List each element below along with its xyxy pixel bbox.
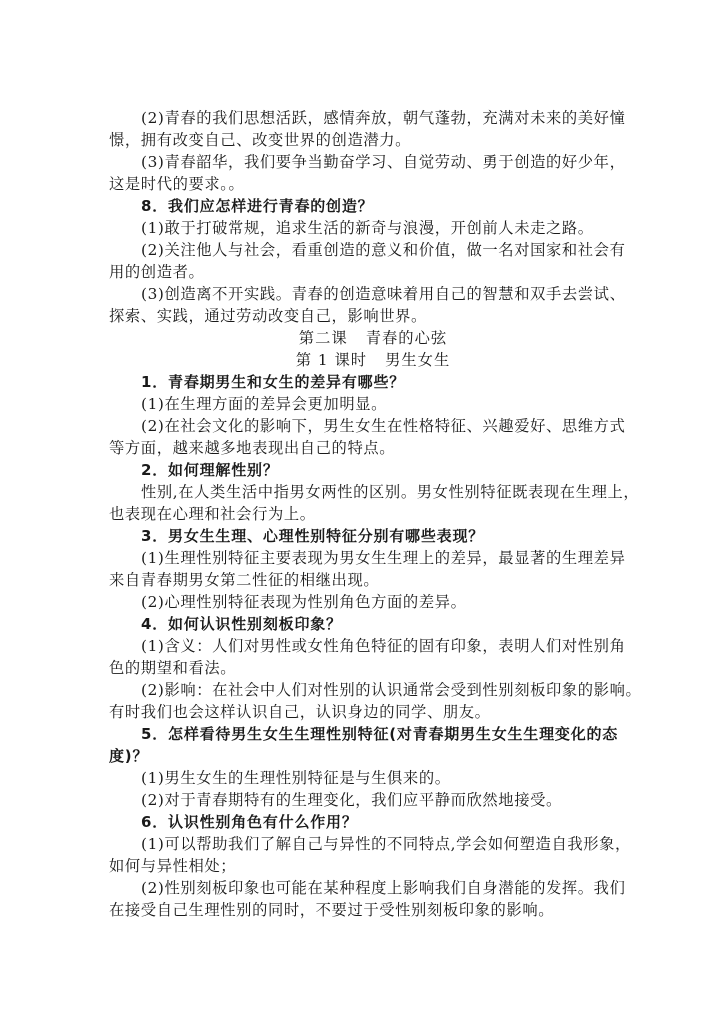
paragraph-continuation: 色的期望和看法。 xyxy=(109,657,615,679)
paragraph-continuation: 等方面，越来越多地表现出自己的特点。 xyxy=(109,437,615,459)
lesson-name: 青春的心弦 xyxy=(366,329,448,347)
paragraph-line: (3)创造离不开实践。青春的创造意味着用自己的智慧和双手去尝试、 xyxy=(109,283,615,305)
paragraph-continuation: 憬，拥有改变自己、改变世界的创造潜力。 xyxy=(109,129,615,151)
paragraph-line: (2)性别刻板印象也可能在某种程度上影响我们自身潜能的发挥。我们 xyxy=(109,877,615,899)
paragraph-line: (2)心理性别特征表现为性别角色方面的差异。 xyxy=(109,591,615,613)
paragraph-continuation: 有时我们也会这样认识自己，认识身边的同学、朋友。 xyxy=(109,701,615,723)
question-heading: 6．认识性别角色有什么作用？ xyxy=(109,811,615,833)
paragraph-continuation: 在接受自己生理性别的同时，不要过于受性别刻板印象的影响。 xyxy=(109,899,615,921)
class-period-title: 第 1 课时男生女生 xyxy=(109,349,615,371)
paragraph-continuation: 这是时代的要求。。 xyxy=(109,173,615,195)
paragraph-line: (1)在生理方面的差异会更加明显。 xyxy=(109,393,615,415)
paragraph-line: 性别,在人类生活中指男女两性的区别。男女性别特征既表现在生理上， xyxy=(109,481,615,503)
paragraph-line: (1)男生女生的生理性别特征是与生俱来的。 xyxy=(109,767,615,789)
paragraph-line: (2)影响：在社会中人们对性别的认识通常会受到性别刻板印象的影响。 xyxy=(109,679,615,701)
question-heading: 4．如何认识性别刻板印象？ xyxy=(109,613,615,635)
paragraph-line: (2)对于青春期特有的生理变化，我们应平静而欣然地接受。 xyxy=(109,789,615,811)
paragraph-line: (1)含义：人们对男性或女性角色特征的固有印象，表明人们对性别角 xyxy=(109,635,615,657)
paragraph-continuation: 如何与异性相处； xyxy=(109,855,615,877)
paragraph-continuation: 探索、实践，通过劳动改变自己，影响世界。 xyxy=(109,305,615,327)
question-heading: 2．如何理解性别？ xyxy=(109,459,615,481)
paragraph-line: (3)青春韶华，我们要争当勤奋学习、自觉劳动、勇于创造的好少年， xyxy=(109,151,615,173)
question-heading-continuation: 度)？ xyxy=(109,745,615,767)
paragraph-continuation: 也表现在心理和社会行为上。 xyxy=(109,503,615,525)
paragraph-continuation: 来自青春期男女第二性征的相继出现。 xyxy=(109,569,615,591)
paragraph-line: (2)青春的我们思想活跃，感情奔放，朝气蓬勃，充满对未来的美好憧 xyxy=(109,107,615,129)
question-heading: 3．男女生生理、心理性别特征分别有哪些表现？ xyxy=(109,525,615,547)
paragraph-line: (1)生理性别特征主要表现为男女生生理上的差异，最显著的生理差异 xyxy=(109,547,615,569)
question-heading: 1．青春期男生和女生的差异有哪些？ xyxy=(109,371,615,393)
period-name: 男生女生 xyxy=(385,351,450,369)
paragraph-line: (2)关注他人与社会，看重创造的意义和价值，做一名对国家和社会有 xyxy=(109,239,615,261)
period-number: 第 1 课时 xyxy=(296,351,367,369)
question-heading: 8．我们应怎样进行青春的创造？ xyxy=(109,195,615,217)
paragraph-line: (2)在社会文化的影响下，男生女生在性格特征、兴趣爱好、思维方式 xyxy=(109,415,615,437)
paragraph-continuation: 用的创造者。 xyxy=(109,261,615,283)
paragraph-line: (1)敢于打破常规，追求生活的新奇与浪漫，开创前人未走之路。 xyxy=(109,217,615,239)
document-page: (2)青春的我们思想活跃，感情奔放，朝气蓬勃，充满对未来的美好憧 憬，拥有改变自… xyxy=(109,107,615,921)
lesson-number: 第二课 xyxy=(299,329,348,347)
paragraph-line: (1)可以帮助我们了解自己与异性的不同特点,学会如何塑造自我形象， xyxy=(109,833,615,855)
question-heading: 5．怎样看待男生女生生理性别特征(对青春期男生女生生理变化的态 xyxy=(109,723,615,745)
lesson-title: 第二课青春的心弦 xyxy=(109,327,615,349)
